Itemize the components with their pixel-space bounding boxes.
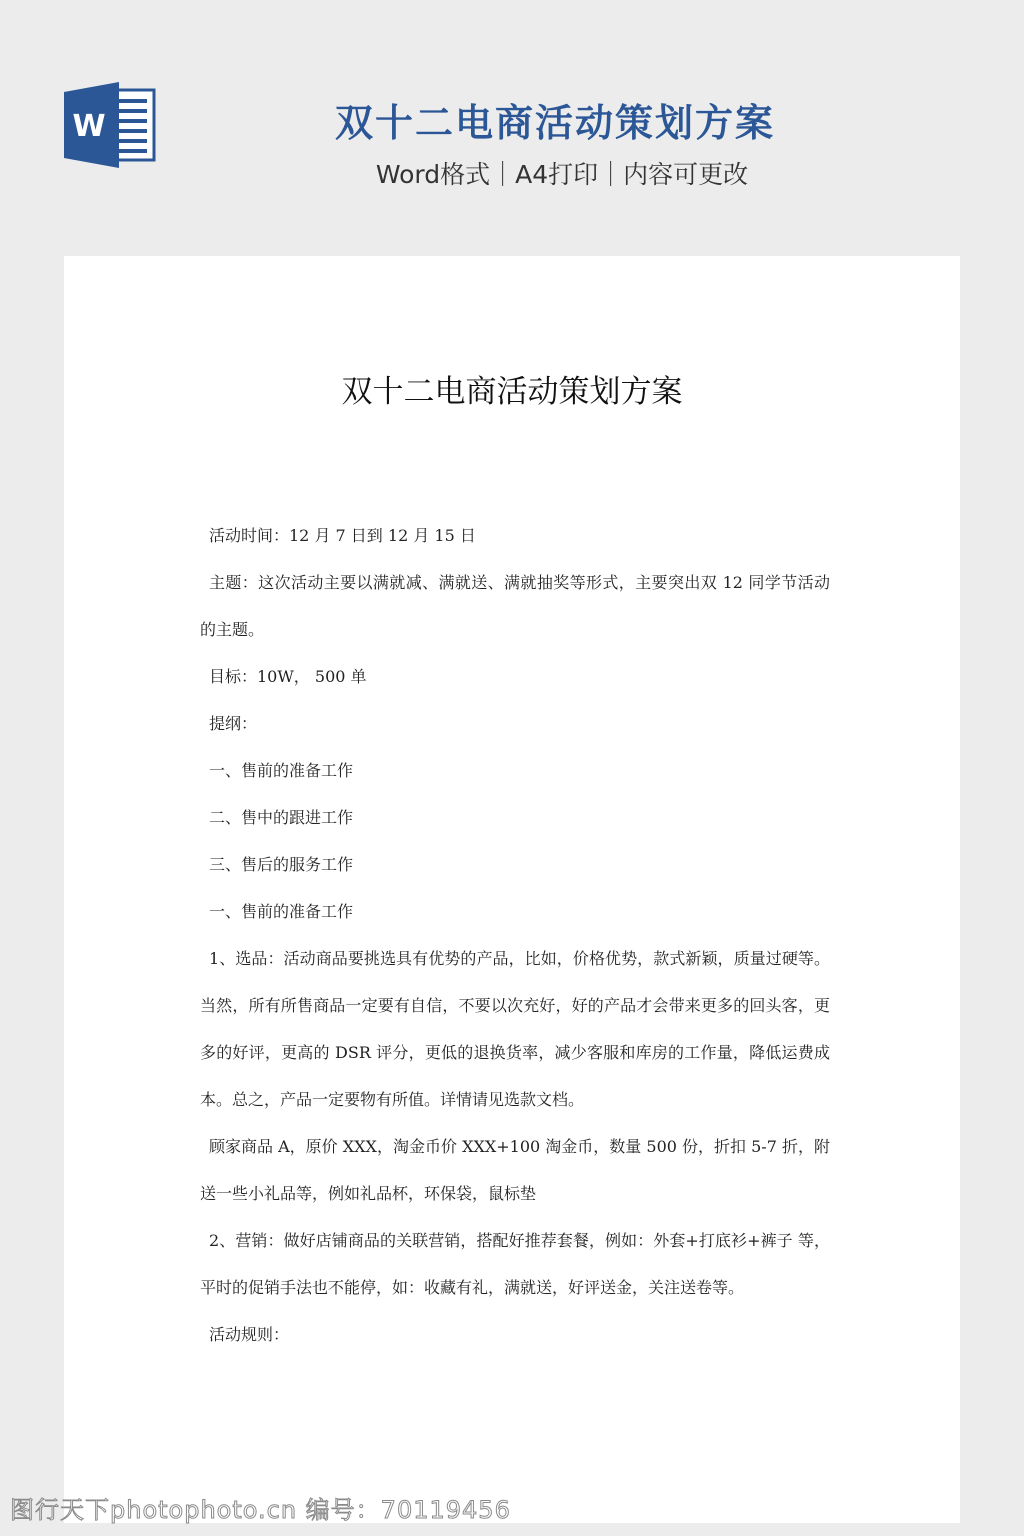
outline-item-2: 二、售中的跟进工作 [200,794,830,841]
paragraph-goal: 目标：10W， 500 单 [200,653,830,700]
watermark: 图行天下photophoto.cn 编号：70119456 [10,1490,511,1525]
paragraph-activity-rules: 活动规则： [200,1311,830,1358]
document-page: 双十二电商活动策划方案 活动时间：12 月 7 日到 12 月 15 日 主题：… [64,256,960,1523]
section-heading-presale: 一、售前的准备工作 [200,888,830,935]
paragraph-outline-label: 提纲： [200,700,830,747]
paragraph-product-selection: 1、选品：活动商品要挑选具有优势的产品，比如，价格优势，款式新颖，质量过硬等。当… [200,935,830,1123]
paragraph-product-a: 顾家商品 A，原价 XXX，淘金币价 XXX+100 淘金币，数量 500 份，… [200,1123,830,1217]
paragraph-activity-time: 活动时间：12 月 7 日到 12 月 15 日 [200,512,830,559]
outline-item-1: 一、售前的准备工作 [200,747,830,794]
outline-item-3: 三、售后的服务工作 [200,841,830,888]
paragraph-theme: 主题：这次活动主要以满就减、满就送、满就抽奖等形式，主要突出双 12 同学节活动… [200,559,830,653]
banner-subtitle: Word格式｜A4打印｜内容可更改 [0,155,1024,191]
paragraph-marketing: 2、营销：做好店铺商品的关联营销，搭配好推荐套餐，例如：外套+打底衫+裤子 等，… [200,1217,830,1311]
document-body: 活动时间：12 月 7 日到 12 月 15 日 主题：这次活动主要以满就减、满… [200,512,830,1358]
banner-title: 双十二电商活动策划方案 [0,92,1024,147]
document-title: 双十二电商活动策划方案 [64,366,960,411]
